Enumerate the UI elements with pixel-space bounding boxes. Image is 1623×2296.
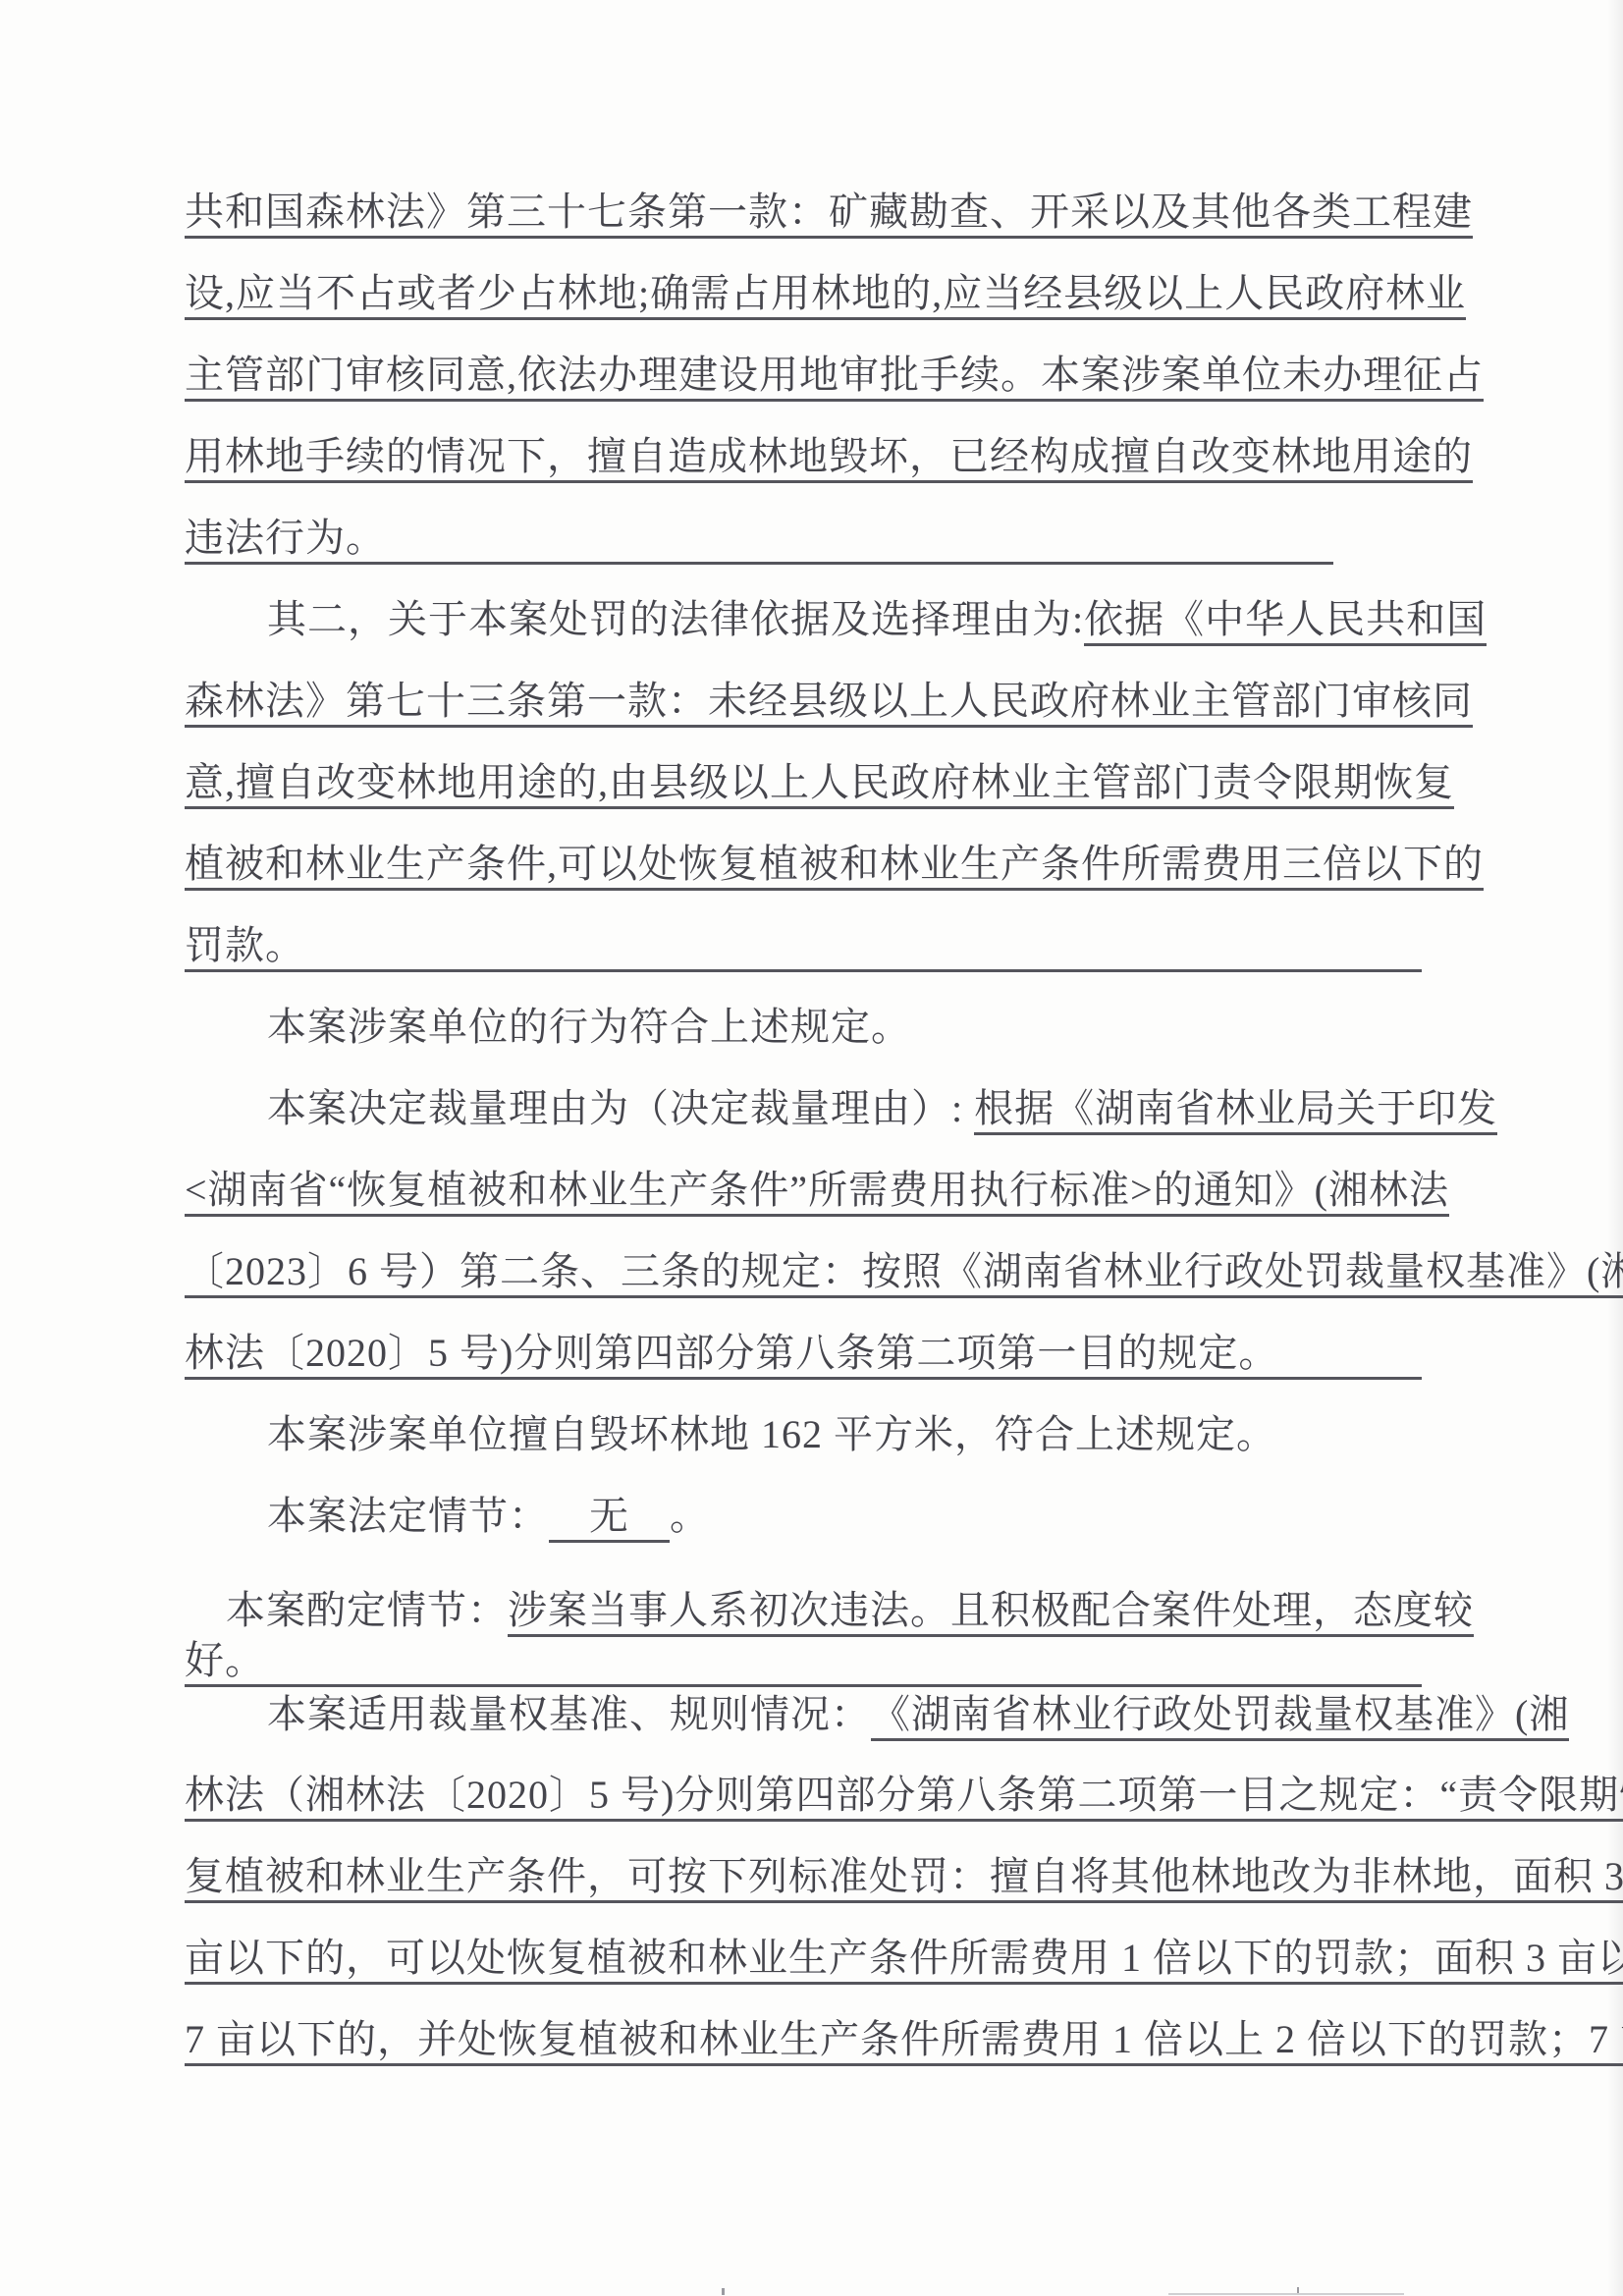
- underlined-text-segment: 罚款。: [185, 921, 305, 972]
- text-segment: 本案法定情节：: [267, 1492, 549, 1543]
- text-segment: 本案酌定情节：: [226, 1586, 508, 1637]
- text-line-10: 罚款。: [185, 921, 1422, 972]
- text-segment: 。: [670, 1492, 710, 1543]
- underlined-text-segment: 7 亩以下的，并处恢复植被和林业生产条件所需费用 1 倍以上 2 倍以下的罚款；…: [185, 2015, 1623, 2066]
- text-line-21: 林法（湘林法〔2020〕5 号)分则第四部分第八条第二项第一目之规定：“责令限期…: [185, 1771, 1422, 1822]
- text-line-18: 本案酌定情节：涉案当事人系初次违法。且积极配合案件处理，态度较: [226, 1586, 1422, 1637]
- underlined-text-segment: <湖南省“恢复植被和林业生产条件”所需费用执行标准>的通知》(湘林法: [185, 1166, 1449, 1217]
- text-line-7: 森林法》第七十三条第一款：未经县级以上人民政府林业主管部门审核同: [185, 677, 1422, 728]
- underlined-text-segment: 共和国森林法》第三十七条第一款：矿藏勘查、开采以及其他各类工程建: [185, 188, 1473, 239]
- text-line-15: 林法〔2020〕5 号)分则第四部分第八条第二项第一目的规定。: [185, 1329, 1422, 1380]
- text-line-20: 本案适用裁量权基准、规则情况：《湖南省林业行政处罚裁量权基准》(湘: [267, 1690, 1422, 1741]
- text-line-23: 亩以下的，可以处恢复植被和林业生产条件所需费用 1 倍以下的罚款；面积 3 亩以…: [185, 1934, 1422, 1985]
- text-segment: 本案涉案单位擅自毁坏林地 162 平方米，符合上述规定。: [267, 1410, 1276, 1461]
- text-segment: 本案适用裁量权基准、规则情况：: [267, 1690, 871, 1741]
- text-line-6: 其二，关于本案处罚的法律依据及选择理由为:依据《中华人民共和国: [267, 595, 1422, 646]
- underlined-text-segment: 《湖南省林业行政处罚裁量权基准》(湘: [871, 1690, 1569, 1741]
- text-line-5: 违法行为。: [185, 514, 1333, 565]
- underline-extension: [1278, 1329, 1422, 1380]
- scan-bottom-artifact: [1168, 2293, 1404, 2295]
- text-line-22: 复植被和林业生产条件，可按下列标准处罚：擅自将其他林地改为非林地，面积 3: [185, 1852, 1422, 1903]
- underlined-text-segment: 依据《中华人民共和国: [1084, 595, 1487, 646]
- underlined-text-segment: 涉案当事人系初次违法。且积极配合案件处理，态度较: [508, 1586, 1474, 1637]
- underlined-text-segment: 设,应当不占或者少占林地;确需占用林地的,应当经县级以上人民政府林业: [185, 269, 1466, 320]
- text-line-11: 本案涉案单位的行为符合上述规定。: [267, 1003, 911, 1054]
- text-line-8: 意,擅自改变林地用途的,由县级以上人民政府林业主管部门责令限期恢复: [185, 758, 1422, 809]
- underlined-text-segment: 植被和林业生产条件,可以处恢复植被和林业生产条件所需费用三倍以下的: [185, 840, 1484, 891]
- text-segment: 其二，关于本案处罚的法律依据及选择理由为:: [267, 595, 1084, 646]
- text-line-3: 主管部门审核同意,依法办理建设用地审批手续。本案涉案单位未办理征占: [185, 351, 1422, 402]
- text-line-24: 7 亩以下的，并处恢复植被和林业生产条件所需费用 1 倍以上 2 倍以下的罚款；…: [185, 2015, 1422, 2066]
- underlined-text-segment: 无: [549, 1492, 670, 1543]
- underlined-text-segment: 用林地手续的情况下，擅自造成林地毁坏，已经构成擅自改变林地用途的: [185, 432, 1473, 483]
- text-line-16: 本案涉案单位擅自毁坏林地 162 平方米，符合上述规定。: [267, 1410, 1276, 1461]
- text-line-19: 好。: [185, 1636, 1422, 1687]
- underline-extension: [305, 921, 1422, 972]
- text-line-4: 用林地手续的情况下，擅自造成林地毁坏，已经构成擅自改变林地用途的: [185, 432, 1422, 483]
- underlined-text-segment: 〔2023〕6 号）第二条、三条的规定：按照《湖南省林业行政处罚裁量权基准》(湘: [185, 1247, 1623, 1298]
- underlined-text-segment: 森林法》第七十三条第一款：未经县级以上人民政府林业主管部门审核同: [185, 677, 1473, 728]
- text-segment: 本案决定裁量理由为（决定裁量理由）:: [267, 1084, 974, 1135]
- underline-extension: [265, 1636, 1422, 1687]
- text-line-1: 共和国森林法》第三十七条第一款：矿藏勘查、开采以及其他各类工程建: [185, 188, 1422, 239]
- underlined-text-segment: 好。: [185, 1636, 265, 1687]
- underlined-text-segment: 违法行为。: [185, 514, 386, 565]
- text-line-2: 设,应当不占或者少占林地;确需占用林地的,应当经县级以上人民政府林业: [185, 269, 1422, 320]
- underlined-text-segment: 林法（湘林法〔2020〕5 号)分则第四部分第八条第二项第一目之规定：“责令限期…: [185, 1771, 1623, 1822]
- text-line-17: 本案法定情节： 无 。: [267, 1492, 710, 1543]
- text-line-12: 本案决定裁量理由为（决定裁量理由）: 根据《湖南省林业局关于印发: [267, 1084, 1422, 1135]
- underlined-text-segment: 主管部门审核同意,依法办理建设用地审批手续。本案涉案单位未办理征占: [185, 351, 1484, 402]
- text-line-9: 植被和林业生产条件,可以处恢复植被和林业生产条件所需费用三倍以下的: [185, 840, 1422, 891]
- underlined-text-segment: 根据《湖南省林业局关于印发: [974, 1084, 1497, 1135]
- underline-extension: [386, 514, 1333, 565]
- scan-speck: [722, 2288, 725, 2295]
- text-segment: 本案涉案单位的行为符合上述规定。: [267, 1003, 911, 1054]
- text-line-13: <湖南省“恢复植被和林业生产条件”所需费用执行标准>的通知》(湘林法: [185, 1166, 1422, 1217]
- underlined-text-segment: 复植被和林业生产条件，可按下列标准处罚：擅自将其他林地改为非林地，面积 3: [185, 1852, 1623, 1903]
- text-line-14: 〔2023〕6 号）第二条、三条的规定：按照《湖南省林业行政处罚裁量权基准》(湘: [185, 1247, 1422, 1298]
- underlined-text-segment: 亩以下的，可以处恢复植被和林业生产条件所需费用 1 倍以下的罚款；面积 3 亩以…: [185, 1934, 1623, 1985]
- scanned-document-page: 共和国森林法》第三十七条第一款：矿藏勘查、开采以及其他各类工程建设,应当不占或者…: [0, 0, 1623, 2296]
- underlined-text-segment: 意,擅自改变林地用途的,由县级以上人民政府林业主管部门责令限期恢复: [185, 758, 1454, 809]
- underlined-text-segment: 林法〔2020〕5 号)分则第四部分第八条第二项第一目的规定。: [185, 1329, 1278, 1380]
